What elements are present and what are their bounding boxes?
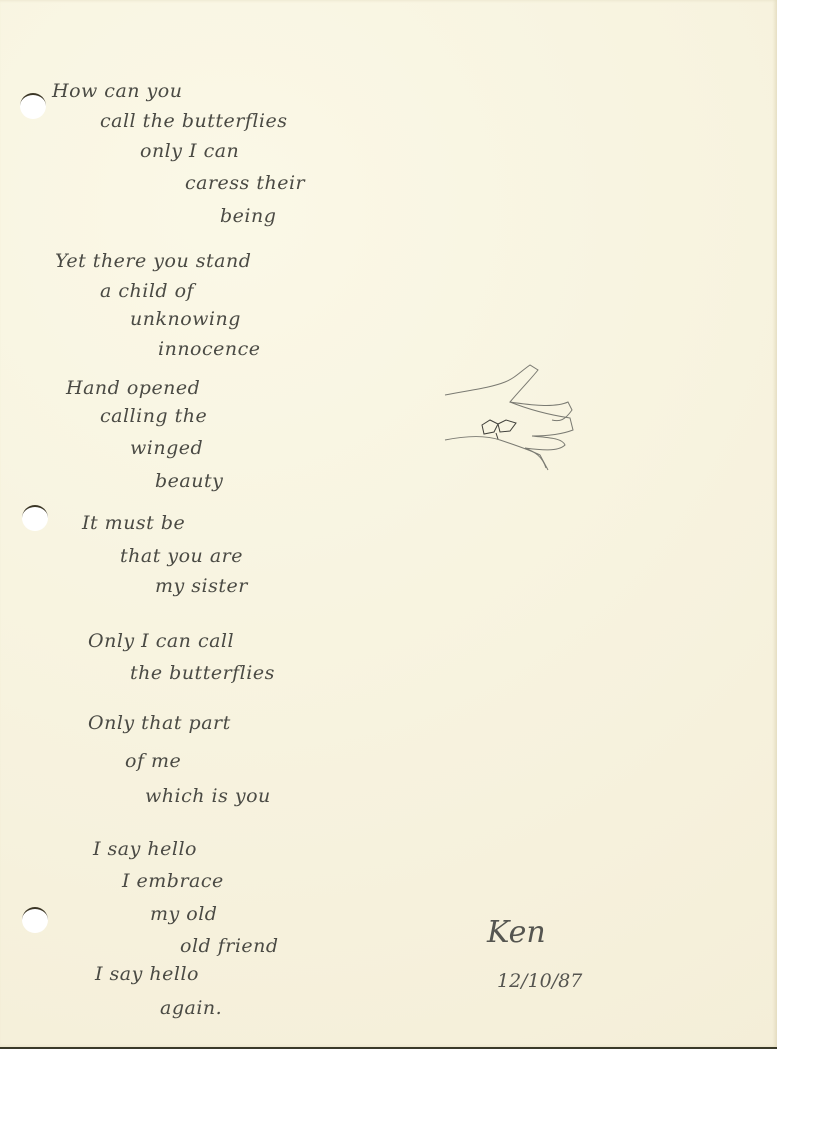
poem-line: that you are [120,545,243,567]
punch-hole [22,505,48,531]
poem-line: How can you [52,80,182,102]
poem-line: my sister [155,575,248,597]
poem-line: beauty [155,470,223,492]
poem-line: calling the [100,405,207,427]
poem-line: Yet there you stand [55,250,251,272]
punch-hole [22,907,48,933]
poem-line: innocence [158,338,261,360]
poem-line: the butterflies [130,662,275,684]
signature-date: 12/10/87 [497,970,582,992]
poem-line: old friend [180,935,279,957]
poem-line: unknowing [130,308,241,330]
paper-page: How can you call the butterflies only I … [0,0,777,1049]
signature-name: Ken [487,915,546,950]
hand-with-butterfly-sketch-icon [440,360,590,480]
poem-line: winged [130,437,203,459]
poem-line: being [220,205,276,227]
poem-line: Only that part [88,712,231,734]
poem-line: I say hello [93,838,197,860]
poem-line: I say hello [95,963,199,985]
poem-line: a child of [100,280,194,302]
poem-line: my old [150,903,217,925]
punch-hole [20,93,46,119]
poem-line: again. [160,997,222,1019]
poem-line: Hand opened [66,377,200,399]
poem-line: I embrace [122,870,224,892]
poem-line: Only I can call [88,630,234,652]
poem-line: It must be [82,512,185,534]
poem-line: of me [125,750,181,772]
poem-line: only I can [140,140,239,162]
poem-line: which is you [145,785,271,807]
poem-line: caress their [185,172,305,194]
poem-line: call the butterflies [100,110,288,132]
